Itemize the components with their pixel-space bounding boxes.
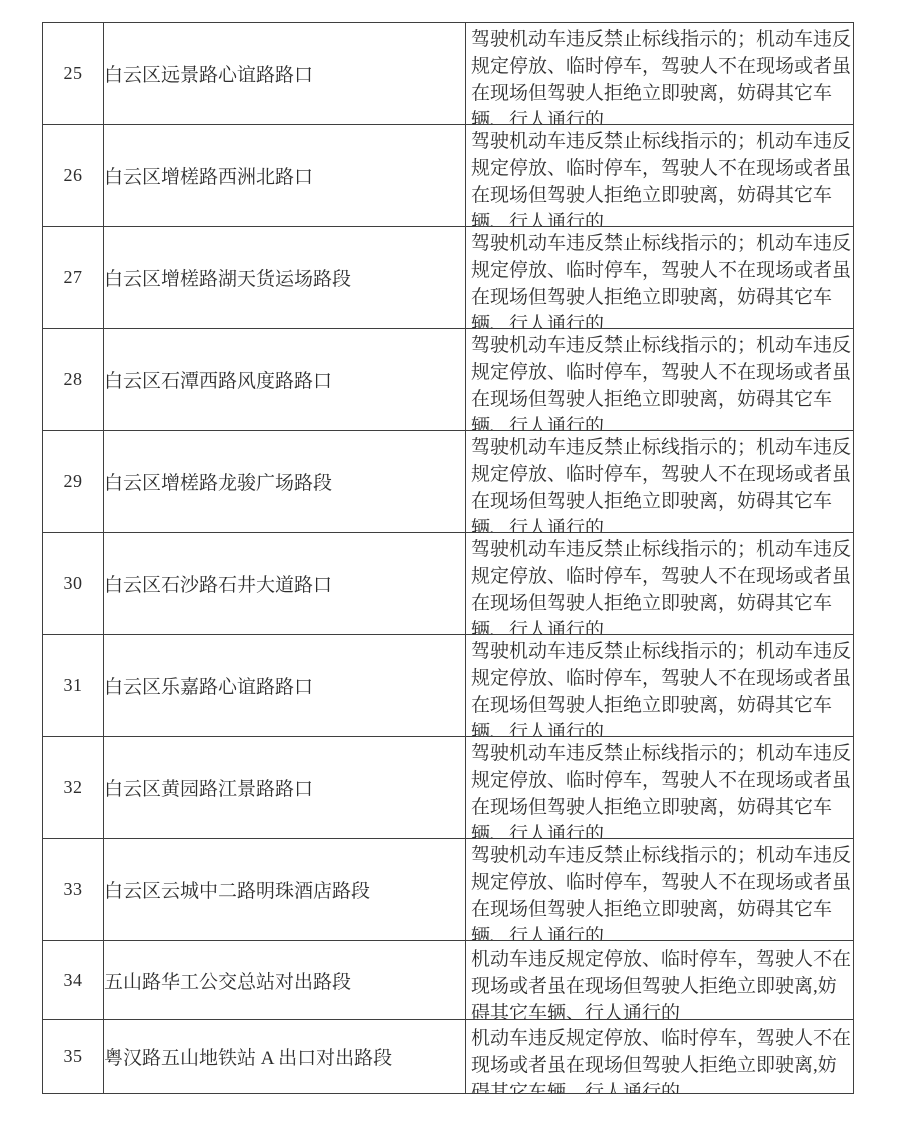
row-number-cell: 26 xyxy=(43,125,104,227)
violations-table: 25 白云区远景路心谊路路口 驾驶机动车违反禁止标线指示的；机动车违反 规定停放… xyxy=(42,22,854,1094)
violation-text: 驾驶机动车违反禁止标线指示的；机动车违反 规定停放、临时停车，驾驶人不在现场或者… xyxy=(466,534,853,634)
violation-line: 现场或者虽在现场但驾驶人拒绝立即驶离,妨 xyxy=(471,1052,851,1079)
violation-line: 规定停放、临时停车，驾驶人不在现场或者虽 xyxy=(471,155,851,182)
violation-line: 在现场但驾驶人拒绝立即驶离，妨碍其它车 xyxy=(471,590,851,617)
location-cell: 白云区石潭西路风度路路口 xyxy=(104,329,466,431)
table-row: 25 白云区远景路心谊路路口 驾驶机动车违反禁止标线指示的；机动车违反 规定停放… xyxy=(43,23,854,125)
violation-line: 辆、行人通行的 xyxy=(471,719,851,736)
violation-text: 机动车违反规定停放、临时停车，驾驶人不在 现场或者虽在现场但驾驶人拒绝立即驶离,… xyxy=(466,942,853,1019)
table-row: 28 白云区石潭西路风度路路口 驾驶机动车违反禁止标线指示的；机动车违反 规定停… xyxy=(43,329,854,431)
location-cell: 白云区远景路心谊路路口 xyxy=(104,23,466,125)
violation-cell: 驾驶机动车违反禁止标线指示的；机动车违反 规定停放、临时停车，驾驶人不在现场或者… xyxy=(466,533,854,635)
violation-line: 在现场但驾驶人拒绝立即驶离，妨碍其它车 xyxy=(471,488,851,515)
violation-line: 在现场但驾驶人拒绝立即驶离，妨碍其它车 xyxy=(471,182,851,209)
violation-line: 在现场但驾驶人拒绝立即驶离，妨碍其它车 xyxy=(471,692,851,719)
location-cell: 白云区云城中二路明珠酒店路段 xyxy=(104,839,466,941)
violation-cell: 驾驶机动车违反禁止标线指示的；机动车违反 规定停放、临时停车，驾驶人不在现场或者… xyxy=(466,839,854,941)
violation-line: 规定停放、临时停车，驾驶人不在现场或者虽 xyxy=(471,767,851,794)
row-number-cell: 29 xyxy=(43,431,104,533)
violation-line: 规定停放、临时停车，驾驶人不在现场或者虽 xyxy=(471,257,851,284)
row-number-cell: 25 xyxy=(43,23,104,125)
violation-cell: 机动车违反规定停放、临时停车，驾驶人不在 现场或者虽在现场但驾驶人拒绝立即驶离,… xyxy=(466,941,854,1020)
violation-line: 驾驶机动车违反禁止标线指示的；机动车违反 xyxy=(471,434,851,461)
violation-line: 辆、行人通行的 xyxy=(471,413,851,430)
table-row: 29 白云区增槎路龙骏广场路段 驾驶机动车违反禁止标线指示的；机动车违反 规定停… xyxy=(43,431,854,533)
violation-text: 驾驶机动车违反禁止标线指示的；机动车违反 规定停放、临时停车，驾驶人不在现场或者… xyxy=(466,636,853,736)
violation-line: 驾驶机动车违反禁止标线指示的；机动车违反 xyxy=(471,26,851,53)
violation-line: 辆、行人通行的 xyxy=(471,209,851,226)
row-number-cell: 28 xyxy=(43,329,104,431)
violation-line: 规定停放、临时停车，驾驶人不在现场或者虽 xyxy=(471,53,851,80)
row-number-cell: 33 xyxy=(43,839,104,941)
location-cell: 白云区黄园路江景路路口 xyxy=(104,737,466,839)
violation-text: 驾驶机动车违反禁止标线指示的；机动车违反 规定停放、临时停车，驾驶人不在现场或者… xyxy=(466,432,853,532)
table-row: 30 白云区石沙路石井大道路口 驾驶机动车违反禁止标线指示的；机动车违反 规定停… xyxy=(43,533,854,635)
violation-text: 驾驶机动车违反禁止标线指示的；机动车违反 规定停放、临时停车，驾驶人不在现场或者… xyxy=(466,126,853,226)
row-number-cell: 31 xyxy=(43,635,104,737)
violation-cell: 机动车违反规定停放、临时停车，驾驶人不在 现场或者虽在现场但驾驶人拒绝立即驶离,… xyxy=(466,1020,854,1094)
violation-text: 机动车违反规定停放、临时停车，驾驶人不在 现场或者虽在现场但驾驶人拒绝立即驶离,… xyxy=(466,1021,853,1093)
violation-line: 驾驶机动车违反禁止标线指示的；机动车违反 xyxy=(471,740,851,767)
table-row: 34 五山路华工公交总站对出路段 机动车违反规定停放、临时停车，驾驶人不在 现场… xyxy=(43,941,854,1020)
violation-line: 驾驶机动车违反禁止标线指示的；机动车违反 xyxy=(471,128,851,155)
row-number-cell: 32 xyxy=(43,737,104,839)
location-cell: 粤汉路五山地铁站 A 出口对出路段 xyxy=(104,1020,466,1094)
violation-cell: 驾驶机动车违反禁止标线指示的；机动车违反 规定停放、临时停车，驾驶人不在现场或者… xyxy=(466,125,854,227)
violation-text: 驾驶机动车违反禁止标线指示的；机动车违反 规定停放、临时停车，驾驶人不在现场或者… xyxy=(466,738,853,838)
location-cell: 白云区乐嘉路心谊路路口 xyxy=(104,635,466,737)
violation-line: 机动车违反规定停放、临时停车，驾驶人不在 xyxy=(471,1025,851,1052)
table-row: 35 粤汉路五山地铁站 A 出口对出路段 机动车违反规定停放、临时停车，驾驶人不… xyxy=(43,1020,854,1094)
location-cell: 白云区增槎路湖天货运场路段 xyxy=(104,227,466,329)
violation-line: 规定停放、临时停车，驾驶人不在现场或者虽 xyxy=(471,461,851,488)
violation-line: 规定停放、临时停车，驾驶人不在现场或者虽 xyxy=(471,869,851,896)
violation-line: 驾驶机动车违反禁止标线指示的；机动车违反 xyxy=(471,536,851,563)
violation-line: 在现场但驾驶人拒绝立即驶离，妨碍其它车 xyxy=(471,284,851,311)
row-number-cell: 34 xyxy=(43,941,104,1020)
violation-line: 驾驶机动车违反禁止标线指示的；机动车违反 xyxy=(471,638,851,665)
table-row: 26 白云区增槎路西洲北路口 驾驶机动车违反禁止标线指示的；机动车违反 规定停放… xyxy=(43,125,854,227)
violation-line: 辆、行人通行的 xyxy=(471,923,851,940)
row-number-cell: 30 xyxy=(43,533,104,635)
violation-text: 驾驶机动车违反禁止标线指示的；机动车违反 规定停放、临时停车，驾驶人不在现场或者… xyxy=(466,840,853,940)
violation-line: 驾驶机动车违反禁止标线指示的；机动车违反 xyxy=(471,230,851,257)
violation-line: 在现场但驾驶人拒绝立即驶离，妨碍其它车 xyxy=(471,896,851,923)
row-number-cell: 35 xyxy=(43,1020,104,1094)
violation-line: 碍其它车辆、行人通行的 xyxy=(471,1000,851,1019)
violation-text: 驾驶机动车违反禁止标线指示的；机动车违反 规定停放、临时停车，驾驶人不在现场或者… xyxy=(466,228,853,328)
location-cell: 白云区增槎路西洲北路口 xyxy=(104,125,466,227)
violation-line: 在现场但驾驶人拒绝立即驶离，妨碍其它车 xyxy=(471,386,851,413)
violation-line: 辆、行人通行的 xyxy=(471,311,851,328)
violation-cell: 驾驶机动车违反禁止标线指示的；机动车违反 规定停放、临时停车，驾驶人不在现场或者… xyxy=(466,227,854,329)
violation-line: 规定停放、临时停车，驾驶人不在现场或者虽 xyxy=(471,665,851,692)
violation-line: 碍其它车辆、行人通行的 xyxy=(471,1079,851,1093)
violation-line: 驾驶机动车违反禁止标线指示的；机动车违反 xyxy=(471,332,851,359)
violation-line: 辆、行人通行的 xyxy=(471,107,851,124)
violation-cell: 驾驶机动车违反禁止标线指示的；机动车违反 规定停放、临时停车，驾驶人不在现场或者… xyxy=(466,737,854,839)
location-cell: 白云区石沙路石井大道路口 xyxy=(104,533,466,635)
violation-cell: 驾驶机动车违反禁止标线指示的；机动车违反 规定停放、临时停车，驾驶人不在现场或者… xyxy=(466,23,854,125)
table-row: 33 白云区云城中二路明珠酒店路段 驾驶机动车违反禁止标线指示的；机动车违反 规… xyxy=(43,839,854,941)
table-row: 31 白云区乐嘉路心谊路路口 驾驶机动车违反禁止标线指示的；机动车违反 规定停放… xyxy=(43,635,854,737)
document-page: 25 白云区远景路心谊路路口 驾驶机动车违反禁止标线指示的；机动车违反 规定停放… xyxy=(0,0,898,1128)
violation-line: 辆、行人通行的 xyxy=(471,617,851,634)
violation-cell: 驾驶机动车违反禁止标线指示的；机动车违反 规定停放、临时停车，驾驶人不在现场或者… xyxy=(466,431,854,533)
table-row: 27 白云区增槎路湖天货运场路段 驾驶机动车违反禁止标线指示的；机动车违反 规定… xyxy=(43,227,854,329)
violation-line: 辆、行人通行的 xyxy=(471,821,851,838)
violation-line: 驾驶机动车违反禁止标线指示的；机动车违反 xyxy=(471,842,851,869)
violation-line: 现场或者虽在现场但驾驶人拒绝立即驶离,妨 xyxy=(471,973,851,1000)
violation-line: 辆、行人通行的 xyxy=(471,515,851,532)
violation-line: 在现场但驾驶人拒绝立即驶离，妨碍其它车 xyxy=(471,80,851,107)
row-number-cell: 27 xyxy=(43,227,104,329)
location-cell: 五山路华工公交总站对出路段 xyxy=(104,941,466,1020)
violation-line: 规定停放、临时停车，驾驶人不在现场或者虽 xyxy=(471,359,851,386)
violation-cell: 驾驶机动车违反禁止标线指示的；机动车违反 规定停放、临时停车，驾驶人不在现场或者… xyxy=(466,635,854,737)
violation-text: 驾驶机动车违反禁止标线指示的；机动车违反 规定停放、临时停车，驾驶人不在现场或者… xyxy=(466,330,853,430)
table-row: 32 白云区黄园路江景路路口 驾驶机动车违反禁止标线指示的；机动车违反 规定停放… xyxy=(43,737,854,839)
violation-line: 规定停放、临时停车，驾驶人不在现场或者虽 xyxy=(471,563,851,590)
violation-text: 驾驶机动车违反禁止标线指示的；机动车违反 规定停放、临时停车，驾驶人不在现场或者… xyxy=(466,24,853,124)
violation-cell: 驾驶机动车违反禁止标线指示的；机动车违反 规定停放、临时停车，驾驶人不在现场或者… xyxy=(466,329,854,431)
violation-line: 在现场但驾驶人拒绝立即驶离，妨碍其它车 xyxy=(471,794,851,821)
violation-line: 机动车违反规定停放、临时停车，驾驶人不在 xyxy=(471,946,851,973)
location-cell: 白云区增槎路龙骏广场路段 xyxy=(104,431,466,533)
